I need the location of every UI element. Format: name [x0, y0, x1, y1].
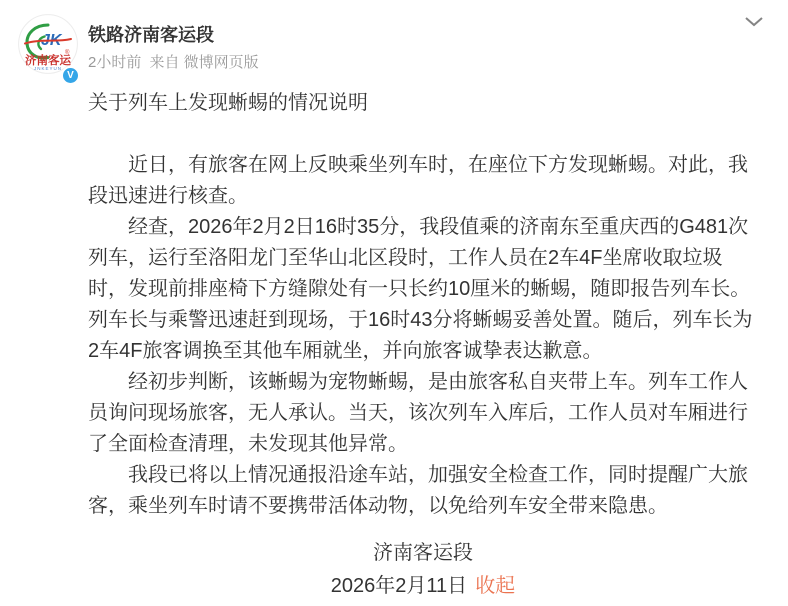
avatar-org-name: 济南客运	[25, 53, 71, 67]
avatar-logo: JK ® 济南客运 JNKEYUN	[18, 14, 78, 74]
post-source[interactable]: 来自 微博网页版	[150, 54, 259, 71]
post-date-line: 2026年2月11日收起	[88, 571, 758, 602]
post-content: 关于列车上发现蜥蜴的情况说明 近日，有旅客在网上反映乘坐列车时，在座位下方发现蜥…	[88, 88, 758, 602]
verified-badge-icon: V	[61, 66, 80, 85]
avatar[interactable]: JK ® 济南客运 JNKEYUN V	[18, 14, 78, 74]
header-text: 铁路济南客运段 2小时前 来自 微博网页版	[0, 0, 788, 72]
avatar-org-pinyin: JNKEYUN	[34, 66, 62, 71]
post-timestamp[interactable]: 2小时前	[88, 54, 141, 71]
post-signature: 济南客运段	[88, 538, 758, 569]
post-paragraph: 我段已将以上情况通报沿途车站，加强安全检查工作，同时提醒广大旅客，乘坐列车时请不…	[88, 460, 758, 522]
post-meta: 2小时前 来自 微博网页版	[88, 54, 788, 72]
chevron-down-icon[interactable]	[744, 14, 764, 30]
weibo-post: JK ® 济南客运 JNKEYUN V 铁路济南客运段 2小时前 来自 微博网页…	[0, 0, 788, 606]
post-paragraph: 经初步判断，该蜥蜴为宠物蜥蜴，是由旅客私自夹带上车。列车工作人员询问现场旅客，无…	[88, 367, 758, 460]
post-paragraph: 近日，有旅客在网上反映乘坐列车时，在座位下方发现蜥蜴。对此，我段迅速进行核查。	[88, 150, 758, 212]
post-title: 关于列车上发现蜥蜴的情况说明	[88, 88, 758, 119]
collapse-link[interactable]: 收起	[475, 575, 515, 597]
user-name[interactable]: 铁路济南客运段	[88, 24, 214, 46]
post-paragraph: 经查，2026年2月2日16时35分，我段值乘的济南东至重庆西的G481次列车，…	[88, 212, 758, 367]
post-header: JK ® 济南客运 JNKEYUN V 铁路济南客运段 2小时前 来自 微博网页…	[0, 0, 788, 74]
post-date: 2026年2月11日	[331, 575, 467, 597]
